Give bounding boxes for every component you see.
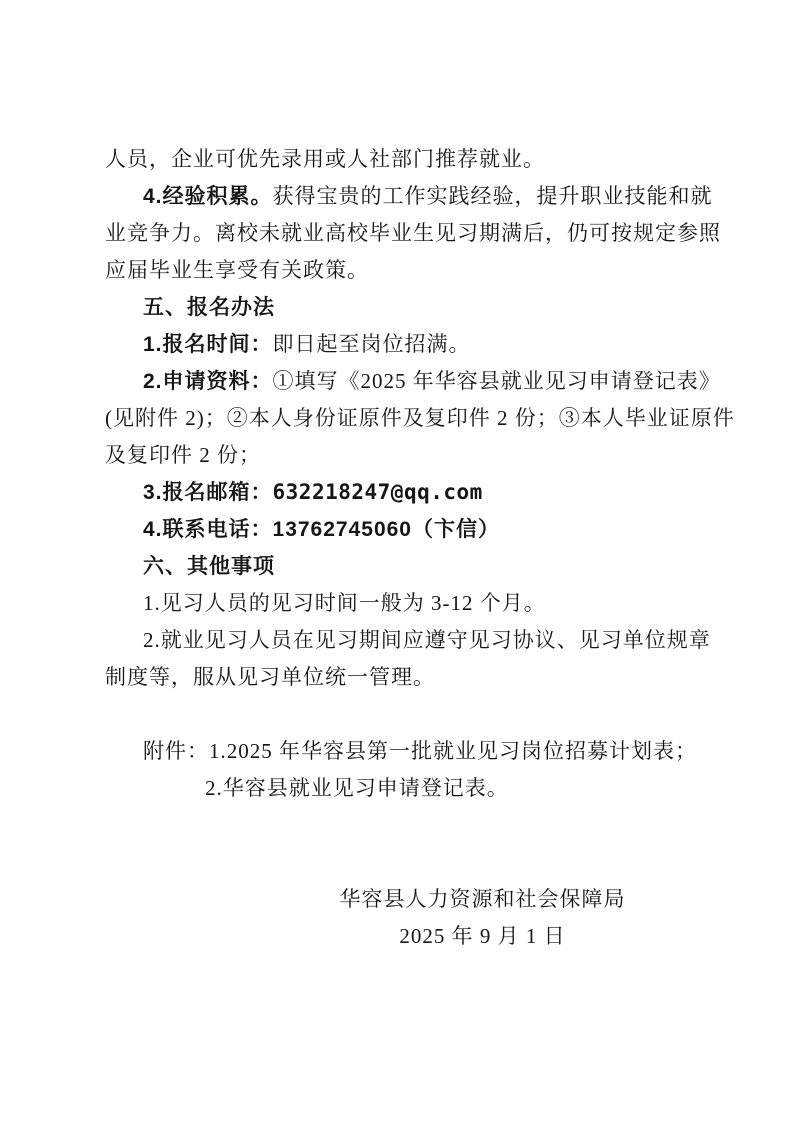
para-experience-line3: 应届毕业生享受有关政策。 bbox=[105, 252, 705, 289]
other-item-duration: 1.见习人员的见习时间一般为 3-12 个月。 bbox=[105, 585, 705, 622]
item-signup-email: 3.报名邮箱：632218247@qq.com bbox=[105, 474, 705, 511]
document-content: 人员，企业可优先录用或人社部门推荐就业。 4.经验积累。获得宝贵的工作实践经验，… bbox=[105, 141, 705, 955]
application-materials-label: 2.申请资料： bbox=[143, 370, 273, 393]
heading-section5: 五、报名办法 bbox=[105, 289, 705, 326]
signup-email-label: 3.报名邮箱： bbox=[143, 481, 273, 504]
signup-email-value: 632218247@qq.com bbox=[273, 480, 483, 504]
application-materials-text: ①填写《2025 年华容县就业见习申请登记表》 bbox=[273, 369, 721, 393]
signature-date: 2025 年 9 月 1 日 bbox=[105, 918, 705, 955]
para-experience-line2: 业竞争力。离校未就业高校毕业生见习期满后，仍可按规定参照 bbox=[105, 215, 705, 252]
experience-text: 获得宝贵的工作实践经验，提升职业技能和就 bbox=[273, 184, 713, 208]
item-application-materials-line3: 及复印件 2 份； bbox=[105, 437, 705, 474]
attachment-line2: 2.华容县就业见习申请登记表。 bbox=[105, 770, 705, 807]
document-page: 人员，企业可优先录用或人社部门推荐就业。 4.经验积累。获得宝贵的工作实践经验，… bbox=[0, 0, 793, 1122]
para-priority-hiring: 人员，企业可优先录用或人社部门推荐就业。 bbox=[105, 141, 705, 178]
item-application-materials-line1: 2.申请资料：①填写《2025 年华容县就业见习申请登记表》 bbox=[105, 363, 705, 400]
contact-phone-value: 13762745060（卞信） bbox=[273, 518, 500, 541]
item-application-materials-line2: (见附件 2)；②本人身份证原件及复印件 2 份；③本人毕业证原件 bbox=[105, 400, 705, 437]
signup-time-text: 即日起至岗位招满。 bbox=[273, 332, 471, 356]
spacer bbox=[105, 844, 705, 881]
heading-section6: 六、其他事项 bbox=[105, 548, 705, 585]
attachment-item1-text: 1.2025 年华容县第一批就业见习岗位招募计划表； bbox=[209, 739, 697, 763]
item-contact-phone: 4.联系电话：13762745060（卞信） bbox=[105, 511, 705, 548]
other-item-rules-line1: 2.就业见习人员在见习期间应遵守见习协议、见习单位规章 bbox=[105, 622, 705, 659]
item-signup-time: 1.报名时间：即日起至岗位招满。 bbox=[105, 326, 705, 363]
attachment-line1: 附件：1.2025 年华容县第一批就业见习岗位招募计划表； bbox=[105, 733, 705, 770]
experience-bold-label: 4.经验积累。 bbox=[143, 185, 273, 208]
signature-org: 华容县人力资源和社会保障局 bbox=[105, 881, 705, 918]
spacer bbox=[105, 807, 705, 844]
spacer bbox=[105, 696, 705, 733]
signup-time-label: 1.报名时间： bbox=[143, 333, 273, 356]
contact-phone-label: 4.联系电话： bbox=[143, 518, 273, 541]
para-experience-line1: 4.经验积累。获得宝贵的工作实践经验，提升职业技能和就 bbox=[105, 178, 705, 215]
attachment-label: 附件： bbox=[143, 739, 209, 763]
other-item-rules-line2: 制度等，服从见习单位统一管理。 bbox=[105, 659, 705, 696]
